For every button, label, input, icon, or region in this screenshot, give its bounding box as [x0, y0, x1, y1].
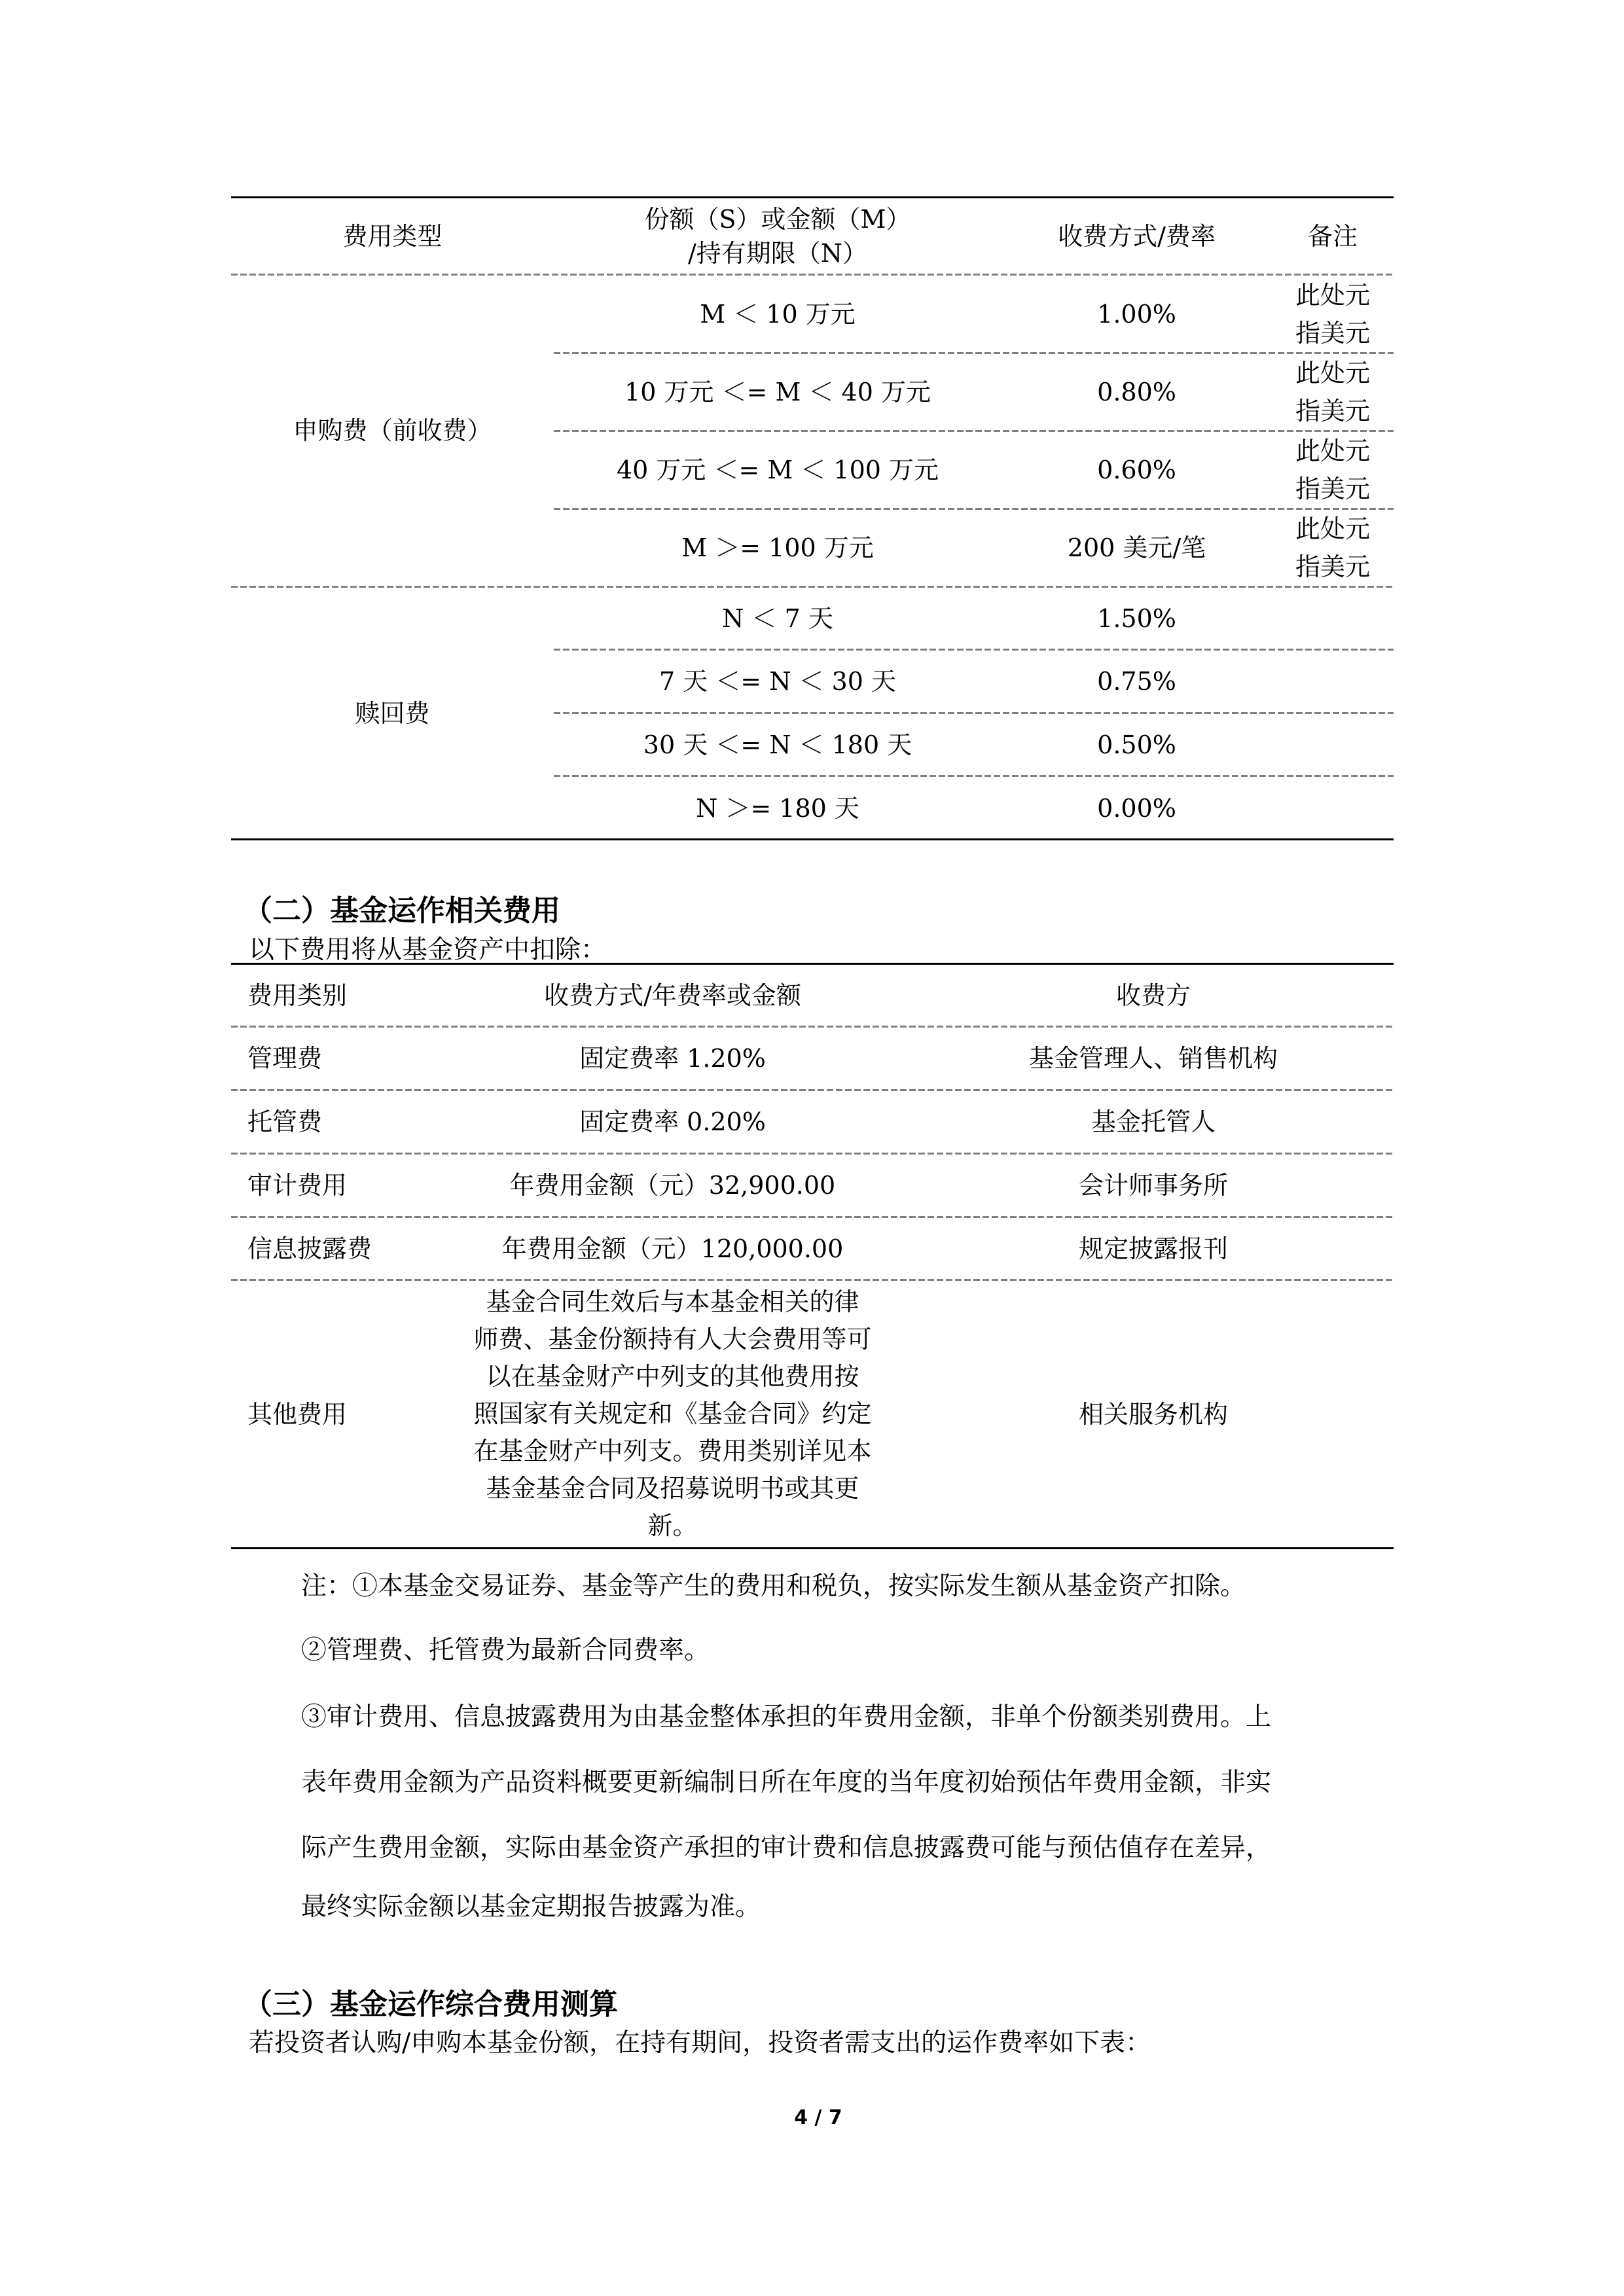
header-remark: 备注: [1272, 198, 1394, 274]
remark-cell: 此处元 指美元: [1272, 276, 1394, 352]
range-cell: M ＜ 10 万元: [554, 276, 1001, 352]
payee-cell: 会计师事务所: [913, 1155, 1394, 1216]
header-charge-rate: 收费方式/费率: [1001, 198, 1272, 274]
rate-cell: 0.80%: [1001, 354, 1272, 430]
table-bottom-rule: [231, 838, 1394, 840]
payee-cell: 基金管理人、销售机构: [913, 1028, 1394, 1089]
remark-cell: 此处元 指美元: [1272, 354, 1394, 430]
header-share-amount-period: 份额（S）或金额（M） /持有期限（N）: [554, 198, 1001, 274]
rate-cell: 0.00%: [1001, 777, 1272, 839]
method-cell-other-fees: 基金合同生效后与本基金相关的律 师费、基金份额持有人大会费用等可 以在基金财产中…: [432, 1281, 913, 1547]
note-3-line-1: ③审计费用、信息披露费用为由基金整体承担的年费用金额，非单个份额类别费用。上: [301, 1696, 1271, 1733]
section-intro: 以下费用将从基金资产中扣除：: [249, 929, 606, 966]
note-3-line-2: 表年费用金额为产品资料概要更新编制日所在年度的当年度初始预估年费用金额，非实: [301, 1762, 1271, 1799]
payee-cell: 规定披露报刊: [913, 1218, 1394, 1279]
method-cell: 固定费率 1.20%: [432, 1028, 913, 1089]
range-cell: 7 天 ＜= N ＜ 30 天: [554, 651, 1001, 712]
header-method: 收费方式/年费率或金额: [432, 965, 913, 1026]
category-cell: 信息披露费: [247, 1218, 432, 1279]
group-label-subscription: 申购费（前收费）: [231, 276, 554, 586]
range-cell: 40 万元 ＜= M ＜ 100 万元: [554, 432, 1001, 508]
method-cell: 年费用金额（元）32,900.00: [432, 1155, 913, 1216]
header-category: 费用类别: [247, 965, 432, 1026]
category-cell: 管理费: [247, 1028, 432, 1089]
rate-cell: 0.75%: [1001, 651, 1272, 712]
remark-cell: 此处元 指美元: [1272, 432, 1394, 508]
table-bottom-rule: [231, 1547, 1394, 1549]
note-2: ②管理费、托管费为最新合同费率。: [301, 1630, 710, 1666]
payee-cell: 相关服务机构: [913, 1281, 1394, 1547]
remark-cell: 此处元 指美元: [1272, 510, 1394, 586]
range-cell: N ＜ 7 天: [554, 588, 1001, 649]
page-number: 4 / 7: [779, 2106, 857, 2129]
category-cell: 其他费用: [247, 1281, 432, 1547]
rate-cell: 1.50%: [1001, 588, 1272, 649]
header-fee-type: 费用类型: [231, 198, 554, 274]
header-payee: 收费方: [913, 965, 1394, 1026]
rate-cell: 0.60%: [1001, 432, 1272, 508]
payee-cell: 基金托管人: [913, 1091, 1394, 1153]
note-3-line-4: 最终实际金额以基金定期报告披露为准。: [301, 1886, 761, 1923]
rate-cell: 1.00%: [1001, 276, 1272, 352]
section-heading-fund-operation-fees: （二）基金运作相关费用: [244, 887, 560, 929]
category-cell: 审计费用: [247, 1155, 432, 1216]
section-heading-comprehensive-fee-estimate: （三）基金运作综合费用测算: [244, 1981, 618, 2022]
group-label-redemption: 赎回费: [231, 588, 554, 839]
method-cell: 固定费率 0.20%: [432, 1091, 913, 1153]
section-intro: 若投资者认购/申购本基金份额，在持有期间，投资者需支出的运作费率如下表：: [249, 2022, 1151, 2059]
range-cell: 10 万元 ＜= M ＜ 40 万元: [554, 354, 1001, 430]
range-cell: 30 天 ＜= N ＜ 180 天: [554, 714, 1001, 775]
rate-cell: 0.50%: [1001, 714, 1272, 775]
note-3-line-3: 际产生费用金额，实际由基金资产承担的审计费和信息披露费可能与预估值存在差异，: [301, 1827, 1271, 1864]
range-cell: N ＞= 180 天: [554, 777, 1001, 839]
category-cell: 托管费: [247, 1091, 432, 1153]
method-cell: 年费用金额（元）120,000.00: [432, 1218, 913, 1279]
rate-cell: 200 美元/笔: [1001, 510, 1272, 586]
range-cell: M ＞= 100 万元: [554, 510, 1001, 586]
note-1: 注：①本基金交易证券、基金等产生的费用和税负，按实际发生额从基金资产扣除。: [301, 1566, 1246, 1602]
